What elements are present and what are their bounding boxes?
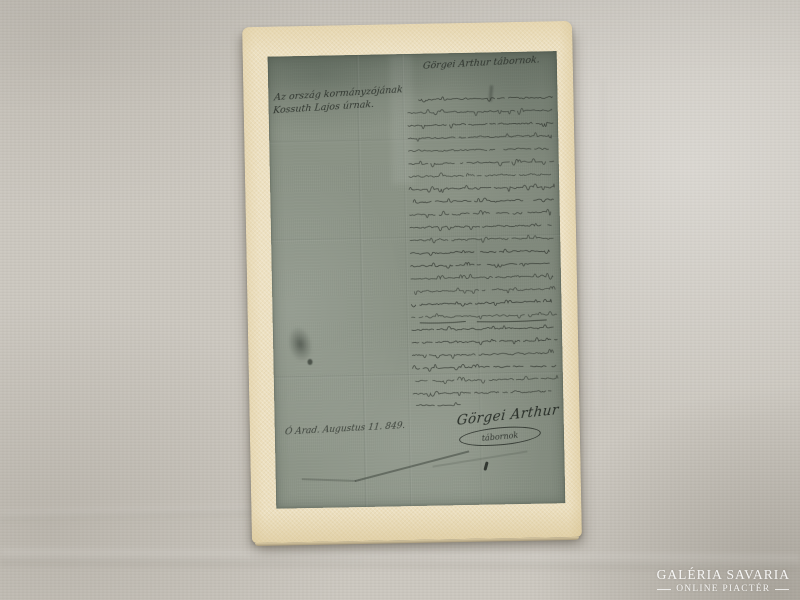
- fabric-crease: [596, 80, 604, 410]
- signature-title: tábornok: [481, 430, 518, 442]
- watermark-dash: [657, 589, 671, 590]
- watermark-subtitle-row: ONLINE PIACTÉR: [657, 584, 790, 594]
- fabric-crease: [0, 505, 260, 520]
- watermark-dash: [775, 589, 789, 590]
- manuscript-paper: Görgei Arthur tábornok. Az ország kormán…: [268, 51, 566, 508]
- watermark-subtitle: ONLINE PIACTÉR: [676, 584, 770, 594]
- watermark: GALÉRIA SAVARIA ONLINE PIACTÉR: [657, 567, 790, 594]
- watermark-title: GALÉRIA SAVARIA: [657, 567, 790, 583]
- photo-background-fabric: Görgei Arthur tábornok. Az ország kormán…: [0, 0, 800, 600]
- mounting-card: Görgei Arthur tábornok. Az ország kormán…: [242, 21, 582, 543]
